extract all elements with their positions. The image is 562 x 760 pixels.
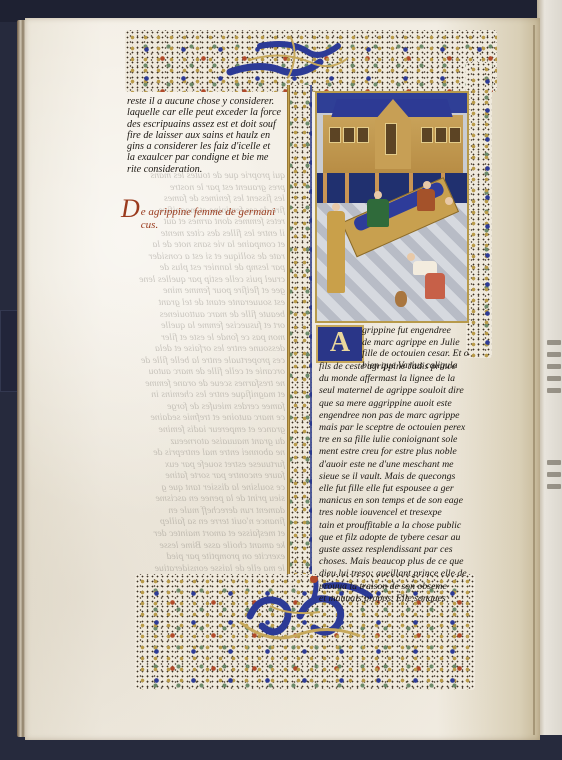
- right-floral-border: [466, 62, 492, 358]
- top-floral-border: [125, 30, 497, 92]
- column-icon: [323, 173, 327, 203]
- window-icon: [421, 127, 433, 143]
- blue-bar-border: [310, 85, 312, 575]
- figure-brown-robe: [417, 189, 435, 211]
- figure-head: [332, 203, 340, 211]
- facing-text-fragment: [547, 484, 561, 489]
- chapter-rubric: D e agrippine femme de germani cus.: [121, 198, 291, 232]
- gold-bar-border: [287, 85, 290, 575]
- rubric-initial: D: [121, 198, 140, 220]
- figure-soldier: [327, 211, 345, 293]
- figure-servant-legs: [425, 273, 445, 299]
- column-floral-border: [290, 85, 312, 575]
- miniature-painting: [315, 91, 469, 323]
- acanthus-scroll-icon: [220, 32, 360, 90]
- window-icon: [385, 123, 397, 155]
- facing-text-fragment: [547, 376, 561, 381]
- facing-text-fragment: [547, 472, 561, 477]
- right-column-text: fils de ceste agrippine Jadis prince du …: [319, 361, 479, 605]
- figure-head: [445, 197, 453, 205]
- facing-page-edge: [537, 0, 562, 735]
- jar-icon: [395, 291, 407, 307]
- window-icon: [343, 127, 355, 143]
- facing-text-fragment: [547, 340, 561, 345]
- facing-text-fragment: [547, 388, 561, 393]
- facing-text-fragment: [547, 352, 561, 357]
- window-icon: [329, 127, 341, 143]
- figure-head: [423, 181, 431, 189]
- figure-head: [374, 191, 382, 199]
- column-icon: [345, 173, 349, 203]
- figure-green-robe: [367, 199, 389, 227]
- window-icon: [357, 127, 369, 143]
- window-icon: [435, 127, 447, 143]
- window-icon: [449, 127, 461, 143]
- illuminated-initial: A: [316, 325, 364, 363]
- facing-text-fragment: [547, 460, 561, 465]
- left-column-text: reste il a aucune chose y considerer. la…: [127, 96, 287, 175]
- facing-text-fragment: [547, 364, 561, 369]
- gutter-fold: [533, 25, 535, 735]
- figure-head: [407, 253, 415, 261]
